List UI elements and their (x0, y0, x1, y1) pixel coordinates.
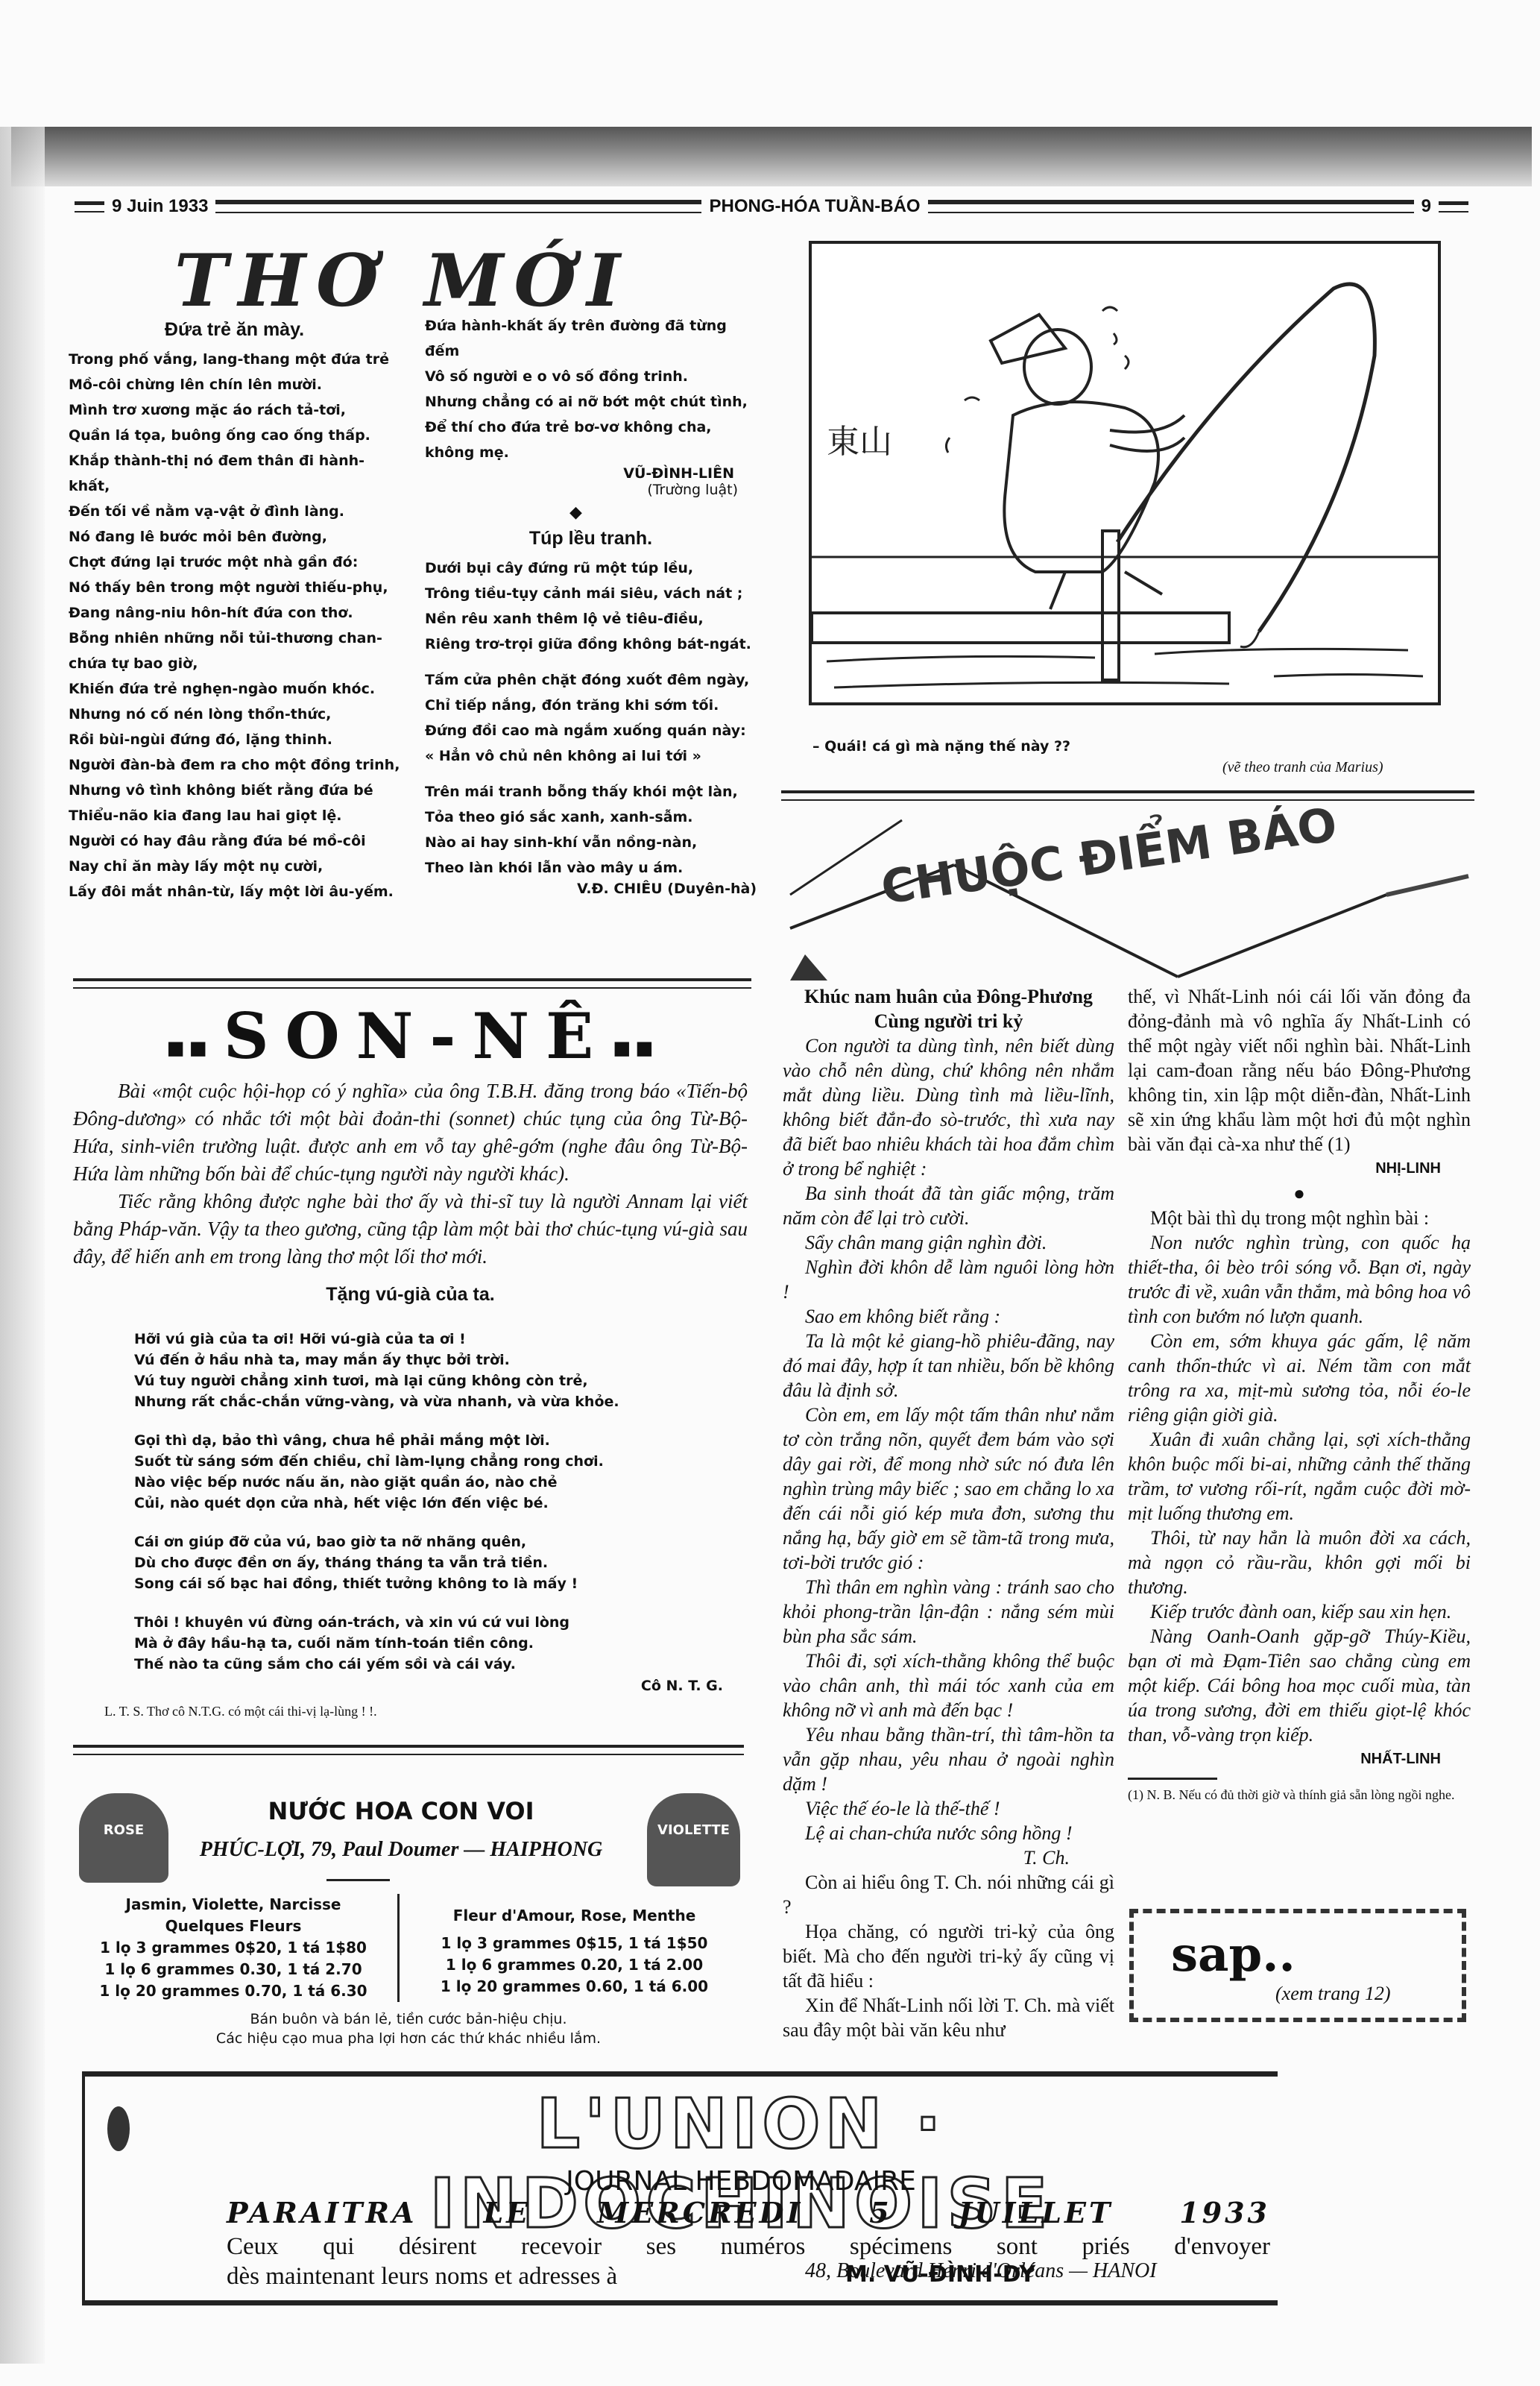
sap-note: (xem trang 12) (1275, 1983, 1462, 2005)
footnote: (1) N. B. Nếu có đủ thời giờ và thính gi… (1128, 1786, 1471, 1804)
poem-lines: Dưới bụi cây đứng rũ một túp lều,Trông t… (425, 555, 757, 881)
commentary-author: NHỊ-LINH (1128, 1156, 1441, 1181)
poem-title: Túp lều tranh. (425, 528, 757, 550)
quoted-paragraph: Sao em không biết rằng : (783, 1304, 1114, 1329)
decorative-ornament-icon (107, 2106, 130, 2151)
footnote-rule (1128, 1778, 1217, 1780)
sap-announcement-box: sap.. (xem trang 12) (1129, 1909, 1466, 2022)
poem-line: Nó thấy bên trong một người thiếu-phụ, (69, 575, 400, 600)
commentary-text: Còn ai hiểu ông T. Ch. nói những cái gì … (783, 1870, 1114, 2042)
poem-line: Dù cho được đền ơn ấy, tháng tháng ta vẫ… (134, 1552, 730, 1573)
ornament-icon: ◆ (395, 503, 757, 522)
page-number: 9 (1421, 196, 1431, 217)
perfume-ad-footer: Bán buôn và bán lẻ, tiền cước bản-hiệu c… (185, 2009, 632, 2048)
son-ne-intro: Bài «một cuộc hội-họp có ý nghĩa» của ôn… (73, 1077, 748, 1312)
fisherman-illustration-icon: 東山 (812, 244, 1438, 702)
price-row: 1 lọ 3 grammes 0$15, 1 tá 1$50 (408, 1933, 740, 1954)
quoted-paragraph: Nghìn đời khôn dễ làm nguôi lòng hờn ! (783, 1255, 1114, 1304)
article-column-2: thế, vì Nhất-Linh nói cái lối văn đỏng đ… (1128, 984, 1471, 1804)
poem-line: Nó đang lê bước mỏi bên đường, (69, 524, 400, 550)
page-header: 9 Juin 1933 PHONG-HÓA TUẦN-BÁO 9 (75, 195, 1476, 218)
poem-title: Đứa trẻ ăn mày. (69, 319, 400, 341)
poem-line: Chợt đứng lại trước một nhà gần đó: (69, 550, 400, 575)
poem-line: Chỉ tiếp nắng, đón trăng khi sớm tối. (425, 693, 757, 718)
poem-line: Dưới bụi cây đứng rũ một túp lều, (425, 555, 757, 581)
union-address: 48, Boulevard Henri d'Orléans — HANOI (805, 2259, 1157, 2283)
poem-line: Củi, nào quét dọn cửa nhà, hết việc lớn … (134, 1493, 730, 1514)
poem-line: Vú đến ở hầu nhà ta, may mắn ấy thực bởi… (134, 1350, 730, 1370)
svg-text:東山: 東山 (827, 423, 892, 461)
price-row: 1 lọ 6 grammes 0.30, 1 tá 2.70 (81, 1959, 386, 1980)
perfume-ad-address: PHÚC-LỢI, 79, Paul Doumer — HAIPHONG (192, 1838, 610, 1862)
poem-line: Nền rêu xanh thêm lộ vẻ tiêu-điều, (425, 606, 757, 632)
quoted-paragraph: Còn em, em lấy một tấm thân như nắm tơ c… (783, 1403, 1114, 1575)
quoted-paragraph: Yêu nhau bằng thần-trí, thì tâm-hồn ta v… (783, 1722, 1114, 1796)
poem-line: Thiểu-não kia đang lau hai giọt lệ. (69, 803, 400, 828)
poem-line: Rồi bùi-ngùi đứng đó, lặng thinh. (69, 727, 400, 752)
example-paragraph: Non nước nghìn trùng, con quốc hạ thiết-… (1128, 1230, 1471, 1329)
price-heading: Quelques Fleurs (81, 1916, 386, 1937)
fishing-cartoon: 東山 (809, 241, 1441, 705)
price-heading: Fleur d'Amour, Rose, Menthe (408, 1905, 740, 1927)
quoted-paragraph: Ta là một kẻ giang-hồ phiêu-đãng, nay đó… (783, 1329, 1114, 1403)
poem-line: Mà ở đây hầu-hạ ta, cuối năm tính-toán t… (134, 1633, 730, 1654)
poem-line: Người đàn-bà đem ra cho một đồng trinh, (69, 752, 400, 778)
header-rule (928, 200, 1414, 213)
ad-rule (326, 1879, 390, 1881)
intro-paragraph: Bài «một cuộc hội-họp có ý nghĩa» của ôn… (73, 1077, 748, 1188)
poem-line: Vú tuy người chẳng xinh tươi, mà lại cũn… (134, 1370, 730, 1391)
poem-line: Suốt từ sáng sớm đến chiều, chỉ làm-lụng… (134, 1451, 730, 1472)
newspaper-page: 9 Juin 1933 PHONG-HÓA TUẦN-BÁO 9 THƠ MỚI… (0, 0, 1540, 2386)
poem-line: Để thí cho đứa trẻ bơ-vơ không cha, khôn… (425, 415, 757, 465)
poem-author: V.Đ. CHIÊU (Duyên-hà) (425, 881, 757, 897)
poem-line: Nay chỉ ăn mày lấy một nụ cười, (69, 854, 400, 879)
banner-zigzag-icon: CHUỘC ĐIỂM BÁO (775, 805, 1476, 992)
tho-moi-title: THƠ MỚI (157, 239, 648, 323)
elephant-rose-icon: ROSE (79, 1793, 168, 1883)
poem-line: Nhưng vô tình không biết rằng đứa bé (69, 778, 400, 803)
header-rule (1439, 201, 1468, 213)
article-title: Khúc nam huân của Đông-Phương (783, 984, 1114, 1009)
commentary-paragraph: Xin để Nhất-Linh nối lời T. Ch. mà viết … (783, 1993, 1114, 2042)
quoted-paragraph: Lệ ai chan-chứa nước sông hồng ! (783, 1821, 1114, 1845)
poem-line: Quần lá tọa, buông ống cao ống thấp. (69, 423, 400, 448)
poem-line: Nào ai hay sinh-khí vẫn nồng-nàn, (425, 830, 757, 855)
perfume-ad-title: NƯỚC HOA CON VOI (207, 1797, 595, 1825)
poem-line: Hỡi vú già của ta ơi! Hỡi vú-già của ta … (134, 1329, 730, 1350)
poem-line: Mình trơ xương mặc áo rách tả-tơi, (69, 397, 400, 423)
poem-line: Trên mái tranh bỗng thấy khói một làn, (425, 779, 757, 805)
ad-divider (73, 1745, 744, 1755)
square-ornament-icon: ■■ (613, 1031, 657, 1065)
elephant-violette-icon: VIOLETTE (647, 1793, 740, 1886)
square-ornament-icon: ■■ (167, 1031, 224, 1065)
poem-line: Đứng đồi cao mà ngắm xuống quán này: (425, 718, 757, 743)
quoted-paragraph: Việc thế éo-le là thế-thế ! (783, 1796, 1114, 1821)
price-row: 1 lọ 20 grammes 0.60, 1 tá 6.00 (408, 1976, 740, 1998)
poem-line: « Hẳn vô chủ nên không ai lui tới » (425, 743, 757, 769)
poem-line: Mồ-côi chừng lên chín lên mười. (69, 372, 400, 397)
commentary-paragraph: Họa chăng, có người tri-kỷ của ông biết.… (783, 1919, 1114, 1993)
son-ne-title: SON-NÊ (224, 999, 610, 1073)
poem-line: Đang nâng-niu hôn-hít đứa con thơ. (69, 600, 400, 626)
poem-author-affiliation: (Trường luật) (425, 482, 738, 498)
poem-continuation: Đứa hành-khất ấy trên đường đã từng đếmV… (425, 313, 757, 465)
price-row: 1 lọ 6 grammes 0.20, 1 tá 2.00 (408, 1954, 740, 1976)
cartoon-caption: – Quái! cá gì mà nặng thế này ?? (812, 738, 1070, 755)
example-intro: Một bài thì dụ trong một nghìn bài : (1128, 1206, 1471, 1230)
poem-line: Tấm cửa phên chặt đóng xuốt đêm ngày, (425, 667, 757, 693)
perfume-ad: ROSE VIOLETTE NƯỚC HOA CON VOI PHÚC-LỢI,… (73, 1756, 748, 2050)
publication-name: PHONG-HÓA TUẦN-BÁO (709, 196, 920, 217)
quoted-paragraph: Ba sinh thoát đã tàn giấc mộng, trăm năm… (783, 1181, 1114, 1230)
price-heading: Jasmin, Violette, Narcisse (81, 1894, 386, 1916)
chuoc-diem-bao-banner: CHUỘC ĐIỂM BÁO (775, 805, 1476, 992)
poem-title: Tặng vú-già của ta. (73, 1284, 748, 1306)
poem-line: Tỏa theo gió sắc xanh, xanh-sẫm. (425, 805, 757, 830)
commentary-paragraph: Còn ai hiểu ông T. Ch. nói những cái gì … (783, 1870, 1114, 1919)
poem-dua-tre-an-may: Đứa trẻ ăn mày. Trong phố vắng, lang-tha… (69, 313, 400, 904)
poem-line: Khiến đứa trẻ nghẹn-ngào muốn khóc. (69, 676, 400, 702)
svg-text:CHUỘC ĐIỂM BÁO: CHUỘC ĐIỂM BÁO (877, 805, 1340, 915)
footer-line: Bán buôn và bán lẻ, tiền cước bản-hiệu c… (185, 2009, 632, 2029)
poem-column-right: Đứa hành-khất ấy trên đường đã từng đếmV… (425, 313, 757, 897)
example-paragraph: Còn em, sớm khuya gác gấm, lệ năm canh t… (1128, 1329, 1471, 1427)
poem-line: Trông tiều-tụy cảnh mái siêu, vách nát ; (425, 581, 757, 606)
cartoon-credit: (vẽ theo tranh của Marius) (1222, 759, 1383, 776)
header-rule (75, 201, 104, 213)
quoted-paragraph: Thôi đi, sợi xích-thằng không thể buộc v… (783, 1649, 1114, 1722)
quoted-paragraph: Con người ta dùng tình, nên biết dùng và… (783, 1033, 1114, 1181)
poem-line: Nào việc bếp nước nấu ăn, nào giặt quần … (134, 1472, 730, 1493)
ornament-icon: ● (1128, 1181, 1471, 1206)
header-rule (215, 200, 701, 213)
example-author: NHẤT-LINH (1128, 1747, 1441, 1772)
poem-line: Cái ơn giúp đỡ của vú, bao giờ ta nỡ nhã… (134, 1532, 730, 1552)
poem-line: Song cái số bạc hai đồng, thiết tưởng kh… (134, 1573, 730, 1594)
poem-line: Thế nào ta cũng sắm cho cái yếm sồi và c… (134, 1654, 730, 1675)
issue-date: 9 Juin 1933 (112, 196, 208, 217)
poem-line: Riêng trơ-trọi giữa đồng không bát-ngát. (425, 632, 757, 657)
section-divider (781, 790, 1474, 801)
footer-line: Các hiệu cạo mua pha lợi hơn các thứ khá… (185, 2029, 632, 2048)
price-row: 1 lọ 20 grammes 0.70, 1 tá 6.30 (81, 1980, 386, 2002)
quoted-text: Con người ta dùng tình, nên biết dùng và… (783, 1033, 1114, 1845)
article-column-1: Khúc nam huân của Đông-Phương Cùng người… (783, 984, 1114, 2042)
section-divider (73, 978, 751, 989)
poem-line: Thôi ! khuyên vú đừng oán-trách, và xin … (134, 1612, 730, 1633)
perfume-right-column: Fleur d'Amour, Rose, Menthe 1 lọ 3 gramm… (408, 1905, 740, 1998)
poem-line: Nhưng nó cố nén lòng thổn-thức, (69, 702, 400, 727)
quoted-paragraph: Thì thân em nghìn vàng : tránh sao cho k… (783, 1575, 1114, 1649)
sap-headline: sap.. (1171, 1927, 1462, 1983)
union-subtitle: JOURNAL HEBDOMADAIRE (212, 2166, 1270, 2197)
article-subtitle: Cùng người tri kỷ (783, 1009, 1114, 1033)
poem-line: Bỗng nhiên những nỗi tủi-thương chan-chứ… (69, 626, 400, 676)
poem-line: Nhưng chẳng có ai nỡ bớt một chút tình, (425, 389, 757, 415)
poem-lines: Trong phố vắng, lang-thang một đứa trẻMồ… (69, 347, 400, 904)
poem-author: VŨ-ĐÌNH-LIÊN (425, 465, 734, 482)
union-body: dès maintenant leurs noms et adresses à (227, 2263, 617, 2291)
example-paragraph: Thôi, từ nay hẳn là muôn đời xa cách, mà… (1128, 1526, 1471, 1599)
commentary-paragraph: thế, vì Nhất-Linh nói cái lối văn đỏng đ… (1128, 984, 1471, 1156)
poem-line: Vô số người e o vô số đồng trinh. (425, 364, 757, 389)
example-text: Non nước nghìn trùng, con quốc hạ thiết-… (1128, 1230, 1471, 1747)
poem-line: Trong phố vắng, lang-thang một đứa trẻ (69, 347, 400, 372)
son-ne-author: Cô N. T. G. (522, 1678, 723, 1694)
poem-line: Lấy đôi mắt nhân-từ, lấy một lời âu-yếm. (69, 879, 400, 904)
poem-line: Người có hay đâu rằng đứa bé mồ-côi (69, 828, 400, 854)
commentary-text: thế, vì Nhất-Linh nói cái lối văn đỏng đ… (1128, 984, 1471, 1156)
union-body: Ceux qui désirent recevoir ses numéros s… (227, 2233, 1270, 2261)
quoted-author: T. Ch. (783, 1845, 1070, 1870)
example-paragraph: Kiếp trước đành oan, kiếp sau xin hẹn. (1128, 1599, 1471, 1624)
perfume-left-column: Jasmin, Violette, Narcisse Quelques Fleu… (81, 1894, 386, 2002)
editor-note: L. T. S. Thơ cô N.T.G. có một cái thi-vị… (104, 1704, 377, 1719)
intro-paragraph: Tiếc rằng không được nghe bài thơ ấy và … (73, 1188, 748, 1271)
son-ne-heading: ■■ SON-NÊ ■■ (73, 999, 751, 1073)
price-row: 1 lọ 3 grammes 0$20, 1 tá 1$80 (81, 1937, 386, 1959)
quoted-paragraph: Sẩy chân mang giận nghìn đời. (783, 1230, 1114, 1255)
poem-line: Theo làn khói lẫn vào mây u ám. (425, 855, 757, 881)
example-paragraph: Xuân đi xuân chẳng lại, sợi xích-thằng k… (1128, 1427, 1471, 1526)
poem-line: Gọi thì dạ, bảo thì vâng, chưa hề phải m… (134, 1430, 730, 1451)
poem-line: Nhưng rất chắc-chắn vững-vàng, và vừa nh… (134, 1391, 730, 1412)
poem-line: Đến tối về nằm vạ-vật ở đình làng. (69, 499, 400, 524)
example-paragraph: Nàng Oanh-Oanh gặp-gỡ Thúy-Kiều, bạn ơi … (1128, 1624, 1471, 1747)
column-divider (397, 1894, 400, 2002)
son-ne-poem: Hỡi vú già của ta ơi! Hỡi vú-già của ta … (134, 1329, 730, 1693)
poem-line: Đứa hành-khất ấy trên đường đã từng đếm (425, 313, 757, 364)
union-date-line: PARAITRA LE MERCREDI 5 JUILLET 1933 (227, 2196, 1270, 2229)
poem-line: Khắp thành-thị nó đem thân đi hành-khất, (69, 448, 400, 499)
